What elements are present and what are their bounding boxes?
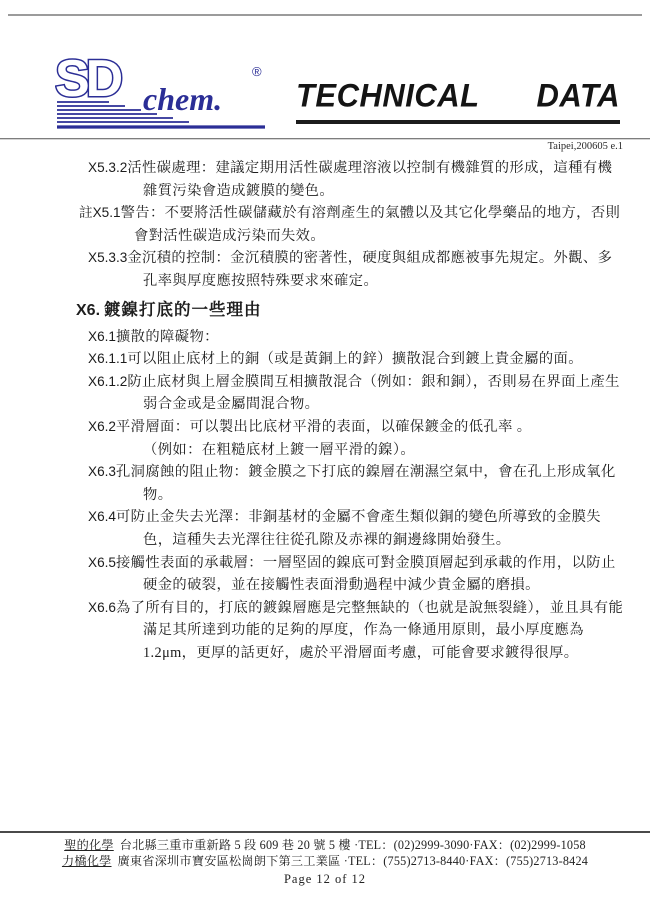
- paragraph-text: 警告：不要將活性碳儲藏於有溶劑產生的氣體以及其它化學藥品的地方，否則會對活性碳造…: [121, 205, 621, 244]
- logo-sd-text: SD: [55, 50, 122, 108]
- paragraph-label: 註X5.1: [79, 205, 121, 220]
- paragraph-label: X6.5: [88, 555, 116, 570]
- company-name-sd: 聖的化學: [64, 838, 114, 852]
- paragraph-label: X6.2: [88, 419, 116, 434]
- paragraph-x6-6: X6.6為了所有目的，打底的鍍鎳層應是完整無缺的（也就是說無裂縫），並且具有能滿…: [88, 597, 625, 665]
- sdchem-logo: SD chem. ®: [55, 50, 273, 134]
- paragraph-text: 接觸性表面的承載層：一層堅固的鎳底可對金膜頂層起到承載的作用，以防止硬金的破裂，…: [116, 555, 616, 594]
- section-heading-title: 鍍鎳打底的一些理由: [104, 300, 262, 319]
- paragraph-note-x5-1: 註X5.1警告：不要將活性碳儲藏於有溶劑產生的氣體以及其它化學藥品的地方，否則會…: [79, 202, 625, 247]
- paragraph-label: X6.1: [88, 329, 116, 344]
- footer-line-shenzhen: 力橋化學廣東省深圳市寶安區松崗朗下第三工業區 ·TEL：(755)2713-84…: [0, 854, 650, 870]
- paragraph-x5-3-2: X5.3.2活性碳處理：建議定期用活性碳處理溶液以控制有機雜質的形成，這種有機雜…: [88, 157, 625, 202]
- paragraph-label: X6.3: [88, 464, 116, 479]
- document-body: X5.3.2活性碳處理：建議定期用活性碳處理溶液以控制有機雜質的形成，這種有機雜…: [88, 157, 625, 664]
- document-page: SD chem. ® TECHNICAL DATA Taipei,200605 …: [0, 0, 650, 918]
- header-divider: [0, 138, 650, 139]
- scan-top-edge: [8, 14, 642, 16]
- company-address-liqiao: 廣東省深圳市寶安區松崗朗下第三工業區 ·TEL：(755)2713-8440·F…: [118, 854, 589, 868]
- registered-trademark-icon: ®: [252, 64, 262, 79]
- section-heading-x6: X6.鍍鎳打底的一些理由: [76, 297, 625, 324]
- edition-label: Taipei,200605 e.1: [548, 141, 623, 152]
- footer-line-taipei: 聖的化學台北縣三重市重新路 5 段 609 巷 20 號 5 樓 ·TEL：(0…: [0, 838, 650, 854]
- paragraph-label: X6.1.2: [88, 374, 127, 389]
- title-word-technical: TECHNICAL: [296, 77, 480, 115]
- page-title: TECHNICAL DATA: [296, 77, 620, 115]
- paragraph-text: 孔洞腐蝕的阻止物：鍍金膜之下打底的鎳層在潮濕空氣中，會在孔上形成氧化物。: [116, 464, 616, 503]
- sdchem-logo-graphic: SD chem. ®: [55, 50, 273, 134]
- paragraph-x6-1-1: X6.1.1可以阻止底材上的銅（或是黃銅上的鋅）擴散混合到鍍上貴金屬的面。: [88, 348, 625, 371]
- paragraph-text: 為了所有目的，打底的鍍鎳層應是完整無缺的（也就是說無裂縫），並且具有能滿足其所達…: [116, 600, 623, 661]
- page-number: Page 12 of 12: [0, 871, 650, 887]
- logo-chem-text: chem.: [143, 81, 222, 117]
- footer-divider: [0, 831, 650, 833]
- paragraph-x6-1: X6.1擴散的障礙物：: [88, 326, 625, 349]
- paragraph-label: X5.3.2: [88, 160, 127, 175]
- title-double-underline: [296, 120, 620, 124]
- paragraph-x6-1-2: X6.1.2防止底材與上層金膜間互相擴散混合（例如：銀和銅），否則易在界面上產生…: [88, 371, 625, 416]
- paragraph-x6-4: X6.4可防止金失去光澤：非銅基材的金屬不會產生類似銅的變色所導致的金膜失色，這…: [88, 506, 625, 551]
- paragraph-label: X6.1.1: [88, 351, 127, 366]
- footer: 聖的化學台北縣三重市重新路 5 段 609 巷 20 號 5 樓 ·TEL：(0…: [0, 838, 650, 887]
- paragraph-text: 可防止金失去光澤：非銅基材的金屬不會產生類似銅的變色所導致的金膜失色，這種失去光…: [116, 509, 601, 548]
- paragraph-text: 可以阻止底材上的銅（或是黃銅上的鋅）擴散混合到鍍上貴金屬的面。: [127, 351, 583, 367]
- paragraph-text: 擴散的障礙物：: [116, 329, 219, 345]
- technical-data-title-block: TECHNICAL DATA: [296, 78, 620, 124]
- paragraph-x6-5: X6.5接觸性表面的承載層：一層堅固的鎳底可對金膜頂層起到承載的作用，以防止硬金…: [88, 552, 625, 597]
- paragraph-text: 防止底材與上層金膜間互相擴散混合（例如：銀和銅），否則易在界面上產生弱合金或是金…: [127, 374, 620, 413]
- paragraph-label: X6.6: [88, 600, 116, 615]
- paragraph-x6-3: X6.3孔洞腐蝕的阻止物：鍍金膜之下打底的鎳層在潮濕空氣中，會在孔上形成氧化物。: [88, 461, 625, 506]
- paragraph-label: X6.4: [88, 509, 116, 524]
- paragraph-label: X5.3.3: [88, 250, 127, 265]
- company-address-sd: 台北縣三重市重新路 5 段 609 巷 20 號 5 樓 ·TEL：(02)29…: [120, 838, 586, 852]
- title-word-data: DATA: [537, 77, 621, 115]
- paragraph-x6-2: X6.2平滑層面：可以製出比底材平滑的表面，以確保鍍金的低孔率 。 （例如：在粗…: [88, 416, 625, 461]
- company-name-liqiao: 力橋化學: [62, 854, 112, 868]
- paragraph-text: 金沉積的控制：金沉積膜的密著性，硬度與組成都應被事先規定。外觀、多孔率與厚度應按…: [127, 250, 612, 289]
- section-heading-label: X6.: [76, 302, 100, 319]
- paragraph-text: 活性碳處理：建議定期用活性碳處理溶液以控制有機雜質的形成，這種有機雜質污染會造成…: [127, 160, 612, 199]
- paragraph-x5-3-3: X5.3.3金沉積的控制：金沉積膜的密著性，硬度與組成都應被事先規定。外觀、多孔…: [88, 247, 625, 292]
- paragraph-text: 平滑層面：可以製出比底材平滑的表面，以確保鍍金的低孔率 。 （例如：在粗糙底材上…: [116, 419, 531, 458]
